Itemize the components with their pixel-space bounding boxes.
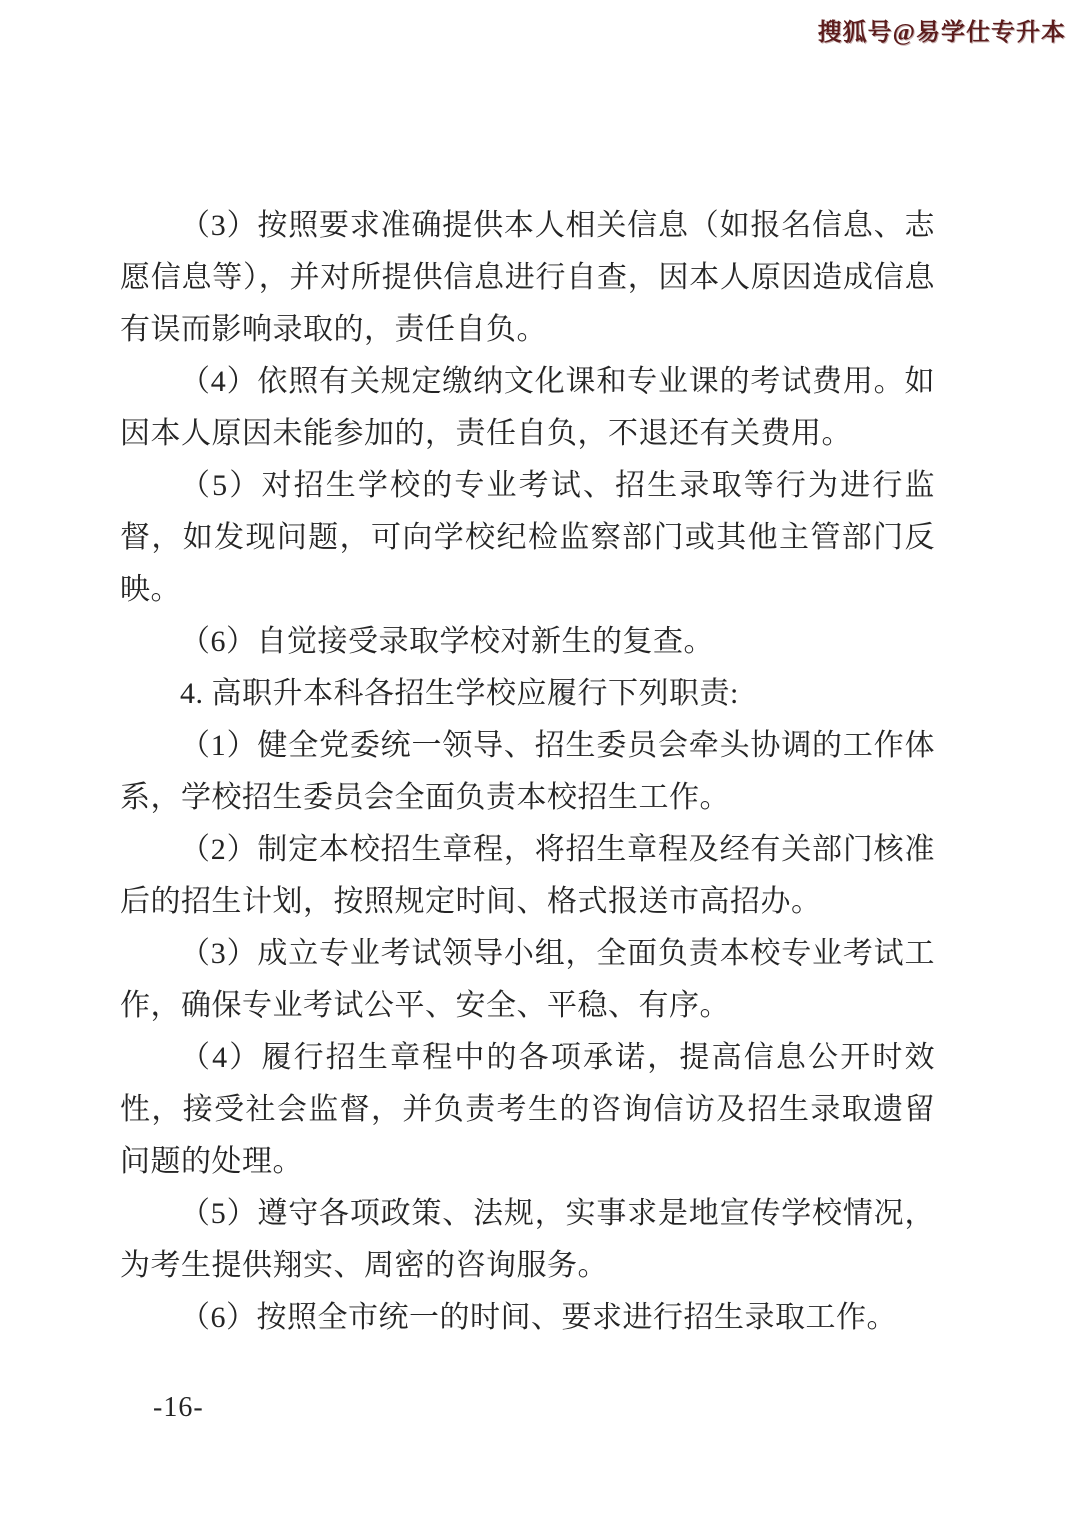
paragraph-item-3: （3）按照要求准确提供本人相关信息（如报名信息、志愿信息等），并对所提供信息进行… [120, 200, 935, 356]
document-page: 搜狐号@易学仕专升本 （3）按照要求准确提供本人相关信息（如报名信息、志愿信息等… [0, 0, 1080, 1527]
paragraph-duty-2: （2）制定本校招生章程，将招生章程及经有关部门核准后的招生计划，按照规定时间、格… [120, 824, 935, 928]
paragraph-duty-4: （4）履行招生章程中的各项承诺，提高信息公开时效性，接受社会监督，并负责考生的咨… [120, 1032, 935, 1188]
paragraph-item-5: （5）对招生学校的专业考试、招生录取等行为进行监督，如发现问题，可向学校纪检监察… [120, 460, 935, 616]
paragraph-duty-5: （5）遵守各项政策、法规，实事求是地宣传学校情况，为考生提供翔实、周密的咨询服务… [120, 1188, 935, 1292]
document-body: （3）按照要求准确提供本人相关信息（如报名信息、志愿信息等），并对所提供信息进行… [120, 200, 935, 1344]
paragraph-duty-6: （6）按照全市统一的时间、要求进行招生录取工作。 [120, 1292, 935, 1344]
paragraph-duty-3: （3）成立专业考试领导小组，全面负责本校专业考试工作，确保专业考试公平、安全、平… [120, 928, 935, 1032]
page-number: -16- [153, 1392, 204, 1424]
paragraph-item-4: （4）依照有关规定缴纳文化课和专业课的考试费用。如因本人原因未能参加的，责任自负… [120, 356, 935, 460]
section-heading-4: 4. 高职升本科各招生学校应履行下列职责: [120, 668, 935, 720]
paragraph-duty-1: （1）健全党委统一领导、招生委员会牵头协调的工作体系，学校招生委员会全面负责本校… [120, 720, 935, 824]
watermark-text: 搜狐号@易学仕专升本 [818, 12, 1066, 47]
paragraph-item-6: （6）自觉接受录取学校对新生的复查。 [120, 616, 935, 668]
